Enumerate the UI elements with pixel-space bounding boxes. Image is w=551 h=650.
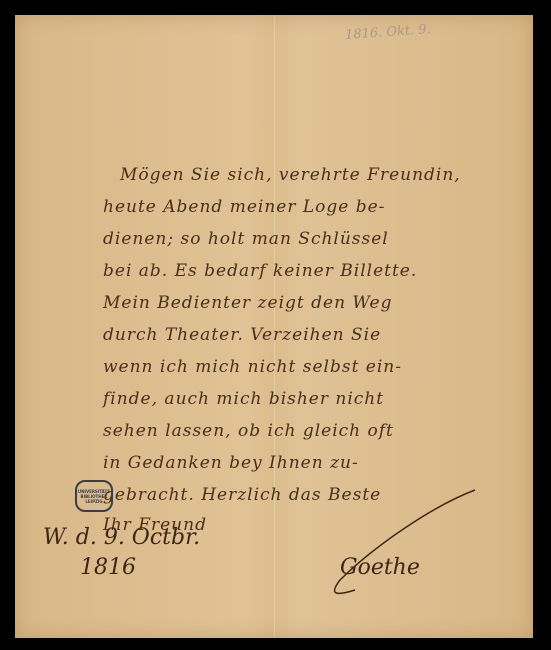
library-stamp: UNIVERSITÄTS BIBLIOTHEK LEIPZIG (75, 480, 113, 512)
stamp-text: LEIPZIG (85, 499, 102, 504)
letter-line: finde, auch mich bisher nicht (103, 389, 384, 409)
letter-line: dienen; so holt man Schlüssel (103, 229, 389, 249)
letter-line: sehen lassen, ob ich gleich oft (103, 421, 394, 441)
signature: Goethe (340, 555, 420, 580)
signature-flourish (315, 485, 495, 605)
letter-line: heute Abend meiner Loge be- (103, 197, 385, 217)
letter-line: wenn ich mich nicht selbst ein- (103, 357, 402, 377)
letter-page: 1816. Okt. 9. Mögen Sie sich, verehrte F… (15, 15, 533, 638)
letter-line: durch Theater. Verzeihen Sie (103, 325, 381, 345)
date-line: W. d. 9. Octbr. (43, 525, 200, 550)
letter-line: bei ab. Es bedarf keiner Billette. (103, 261, 417, 281)
archive-pencil-note: 1816. Okt. 9. (345, 22, 432, 43)
letter-line: Mein Bedienter zeigt den Weg (103, 293, 392, 313)
date-year: 1816 (80, 555, 136, 580)
letter-line: in Gedanken bey Ihnen zu- (103, 453, 359, 473)
letter-line: Mögen Sie sich, verehrte Freundin, (120, 165, 461, 185)
